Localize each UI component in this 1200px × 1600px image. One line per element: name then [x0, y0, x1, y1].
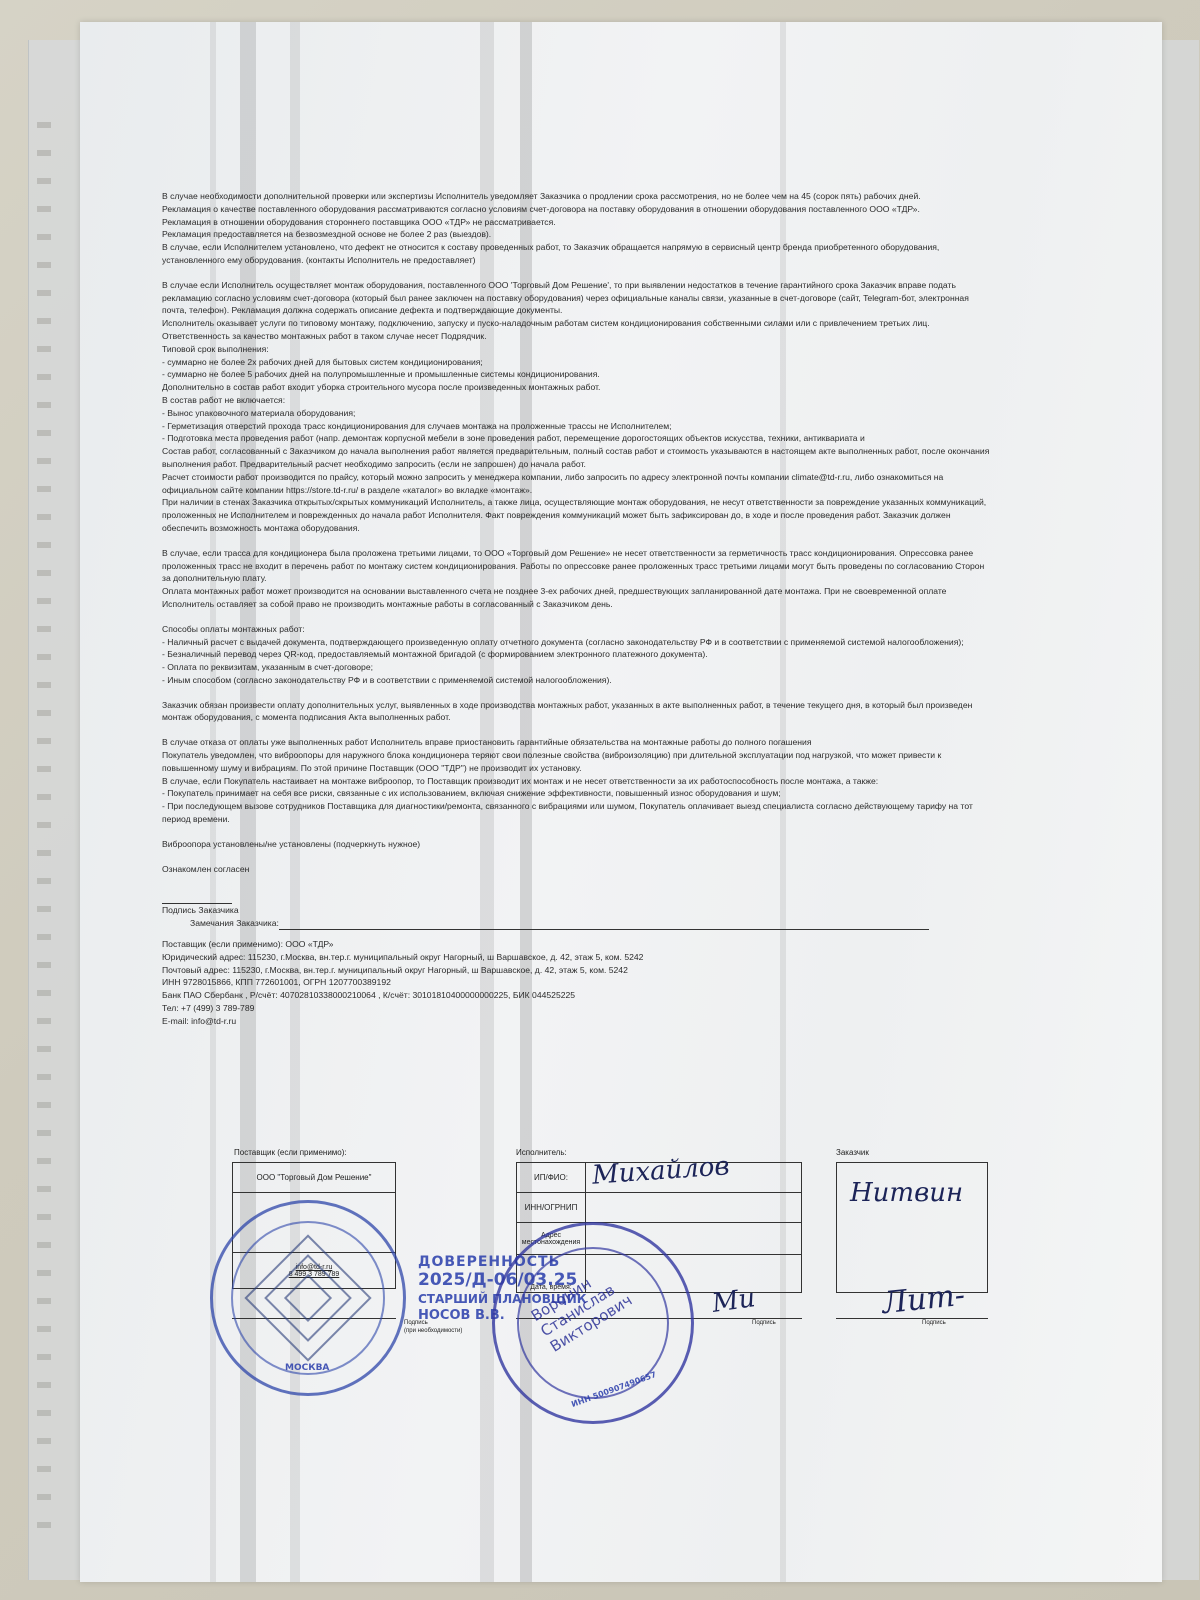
paragraph: В случае, если трасса для кондиционера б…: [162, 547, 992, 585]
executor-inn-cell[interactable]: [586, 1193, 802, 1223]
remarks-row: Замечания Заказчика:: [162, 917, 992, 930]
executor-sign-caption: Подпись: [752, 1320, 776, 1326]
document-body: В случае необходимости дополнительной пр…: [162, 190, 992, 1028]
paragraph: В состав работ не включается:: [162, 394, 992, 407]
sleeve-perforation: [37, 100, 51, 1540]
customer-signature-line[interactable]: [162, 893, 232, 904]
phone: Тел: +7 (499) 3 789-789: [162, 1002, 992, 1015]
paragraph: В случае, если Покупатель настаивает на …: [162, 775, 992, 788]
vibration-section: В случае отказа от оплаты уже выполненны…: [162, 736, 992, 826]
paragraph: В случае отказа от оплаты уже выполненны…: [162, 736, 992, 749]
company-stamp: МОСКВА: [210, 1200, 406, 1396]
list-item: - Герметизация отверстий прохода трасс к…: [162, 420, 992, 433]
paragraph: В случае необходимости дополнительной пр…: [162, 190, 992, 203]
paragraph: Рекламация предоставляется на безвозмезд…: [162, 228, 992, 241]
list-item: - Оплата по реквизитам, указанным в счет…: [162, 661, 992, 674]
executor-signature: Ми: [710, 1283, 757, 1319]
tax-ids: ИНН 9728015866, КПП 772601001, ОГРН 1207…: [162, 976, 992, 989]
bank-details: Банк ПАО Сбербанк , Р/счёт: 407028103380…: [162, 989, 992, 1002]
supplier-table-label: Поставщик (если применимо):: [234, 1148, 347, 1157]
paragraph: В случае, если Исполнителем установлено,…: [162, 241, 992, 267]
installation-section: В случае если Исполнитель осуществляет м…: [162, 279, 992, 535]
list-item: - Подготовка места проведения работ (нап…: [162, 432, 992, 445]
payment-title: Способы оплаты монтажных работ:: [162, 623, 992, 636]
complaints-section: В случае необходимости дополнительной пр…: [162, 190, 992, 267]
customer-table-label: Заказчик: [836, 1148, 869, 1157]
ip-stamp: Воронин Станислав Викторович ИНН 5009074…: [492, 1222, 694, 1424]
supplier-details: Поставщик (если применимо): ООО «ТДР» Юр…: [162, 938, 992, 1028]
obligation-paragraph: Заказчик обязан произвести оплату дополн…: [162, 699, 992, 725]
list-item: - суммарно не более 2х рабочих дней для …: [162, 356, 992, 369]
supplier-sign-caption-sub: (при необходимости): [404, 1328, 462, 1334]
executor-table-label: Исполнитель:: [516, 1148, 567, 1157]
remarks-label: Замечания Заказчика:: [190, 918, 279, 928]
paragraph: Исполнитель оказывает услуги по типовому…: [162, 317, 992, 343]
postal-address: Почтовый адрес: 115230, г.Москва, вн.тер…: [162, 964, 992, 977]
supplier-line: Поставщик (если применимо): ООО «ТДР»: [162, 938, 992, 951]
customer-sign-caption: Подпись: [922, 1320, 946, 1326]
paragraph: При наличии в стенах Заказчика открытых/…: [162, 496, 992, 534]
customer-signature: Лит-: [880, 1278, 966, 1321]
list-item: - Наличный расчет с выдачей документа, п…: [162, 636, 992, 649]
email: E-mail: info@td-r.ru: [162, 1015, 992, 1028]
company-stamp-city: МОСКВА: [285, 1363, 329, 1373]
customer-handwritten-name: Нитвин: [850, 1178, 963, 1208]
legal-address: Юридический адрес: 115230, г.Москва, вн.…: [162, 951, 992, 964]
supplier-company: ООО "Торговый Дом Решение": [233, 1163, 396, 1193]
paragraph: Покупатель уведомлен, что виброопоры для…: [162, 749, 992, 775]
paragraph: Рекламация в отношении оборудования стор…: [162, 216, 992, 229]
list-item: - суммарно не более 5 рабочих дней на по…: [162, 368, 992, 381]
paragraph: Оплата монтажных работ может производитс…: [162, 585, 992, 611]
vibro-note: Виброопора установлены/не установлены (п…: [162, 838, 992, 851]
paragraph: Типовой срок выполнения:: [162, 343, 992, 356]
paragraph: Дополнительно в состав работ входит убор…: [162, 381, 992, 394]
executor-row-label: ИП/ФИО:: [517, 1163, 586, 1193]
paragraph: В случае если Исполнитель осуществляет м…: [162, 279, 992, 317]
list-item: - При последующем вызове сотрудников Пос…: [162, 800, 992, 826]
list-item: - Вынос упаковочного материала оборудова…: [162, 407, 992, 420]
customer-signature-label: Подпись Заказчика: [162, 904, 992, 917]
list-item: - Иным способом (согласно законодательст…: [162, 674, 992, 687]
paragraph: Расчет стоимости работ производится по п…: [162, 471, 992, 497]
acknowledged-text: Ознакомлен согласен: [162, 863, 992, 876]
paragraph: Состав работ, согласованный с Заказчиком…: [162, 445, 992, 471]
executor-row-label: ИНН/ОГРНИП: [517, 1193, 586, 1223]
remarks-field[interactable]: [279, 920, 929, 930]
third-party-section: В случае, если трасса для кондиционера б…: [162, 547, 992, 611]
list-item: - Покупатель принимает на себя все риски…: [162, 787, 992, 800]
list-item: - Безналичный перевод через QR-код, пред…: [162, 648, 992, 661]
payment-section: Способы оплаты монтажных работ: - Наличн…: [162, 623, 992, 687]
paragraph: Рекламация о качестве поставленного обор…: [162, 203, 992, 216]
